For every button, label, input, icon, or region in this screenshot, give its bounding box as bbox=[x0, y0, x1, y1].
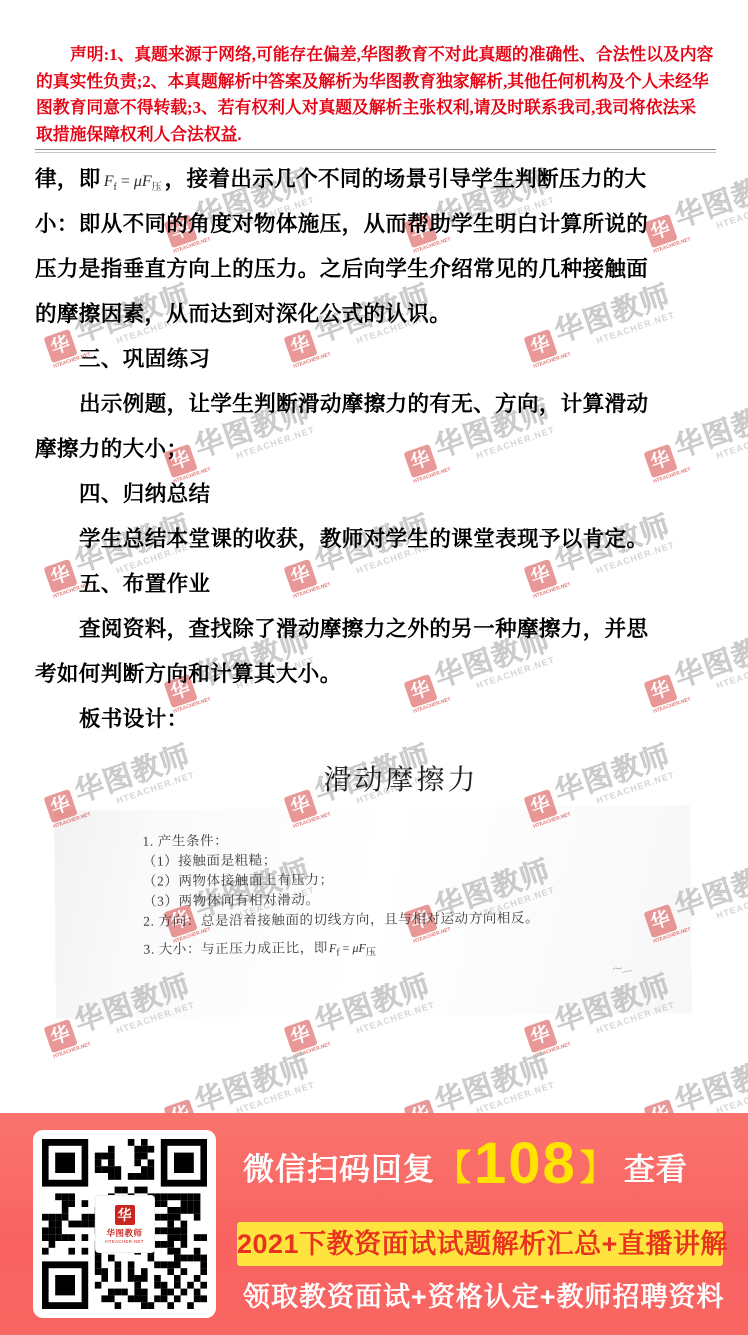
huatu-logo-url: HTEACHER.NET bbox=[53, 1041, 92, 1060]
watermark-brand-url: HTEACHER.NET bbox=[235, 1079, 318, 1116]
bracket-close: 】 bbox=[580, 1141, 615, 1191]
formula-subscript: 压 bbox=[366, 947, 376, 958]
formula-equals: = bbox=[117, 173, 134, 190]
disclaimer: 声明:1、真题来源于网络,可能存在偏差,华图教育不对此真题的准确性、合法性以及内… bbox=[36, 42, 720, 148]
watermark-brand-name: 华图教师 bbox=[188, 1043, 315, 1121]
qr-code: 华 华图教师 HTEACHER.NET bbox=[33, 1130, 216, 1318]
watermark-brand-url: HTEACHER.NET bbox=[715, 424, 748, 461]
section-heading: 四、归纳总结 bbox=[35, 472, 719, 517]
disclaimer-text: 1、真题来源于网络,可能存在偏差,华图教育不对此真题的准确性、合法性以及内容 bbox=[109, 45, 713, 64]
huatu-logo-char: 华 bbox=[48, 1023, 73, 1049]
body-text-segment: ，接着出示几个不同的场景引导学生判断压力的大 bbox=[165, 167, 647, 191]
scan-artifact: 〜- bbox=[406, 741, 420, 759]
disclaimer-line: 声明:1、真题来源于网络,可能存在偏差,华图教育不对此真题的准确性、合法性以及内… bbox=[36, 42, 720, 69]
watermark-brand-url: HTEACHER.NET bbox=[475, 1079, 558, 1116]
formula-mu: μF bbox=[352, 941, 365, 955]
formula-subscript: 压 bbox=[152, 182, 162, 193]
section-heading: 五、布置作业 bbox=[35, 562, 719, 607]
scan-artifact: 〜﹏ bbox=[611, 959, 632, 978]
bracket-open: 【 bbox=[436, 1141, 471, 1191]
huatu-logo-char: 华 bbox=[288, 1023, 313, 1049]
section-divider bbox=[35, 149, 716, 153]
disclaimer-line: 取措施保障权利人合法权益. bbox=[36, 122, 720, 149]
banner-highlight: 2021下教资面试试题解析汇总+直播讲解 bbox=[237, 1222, 723, 1266]
huatu-logo-icon: 华 HTEACHER.NET bbox=[523, 1019, 557, 1053]
huatu-logo-char: 华 bbox=[528, 1023, 553, 1049]
huatu-logo-icon: 华 bbox=[115, 1205, 135, 1225]
qr-brand-name: 华图教师 bbox=[106, 1227, 142, 1239]
promo-banner: 华 华图教师 HTEACHER.NET 微信扫码回复 【 108 】 查看 20… bbox=[0, 1113, 748, 1335]
watermark-brand-url: HTEACHER.NET bbox=[715, 884, 748, 921]
body-line: 学生总结本堂课的收获，教师对学生的课堂表现予以肯定。 bbox=[35, 517, 719, 562]
disclaimer-label: 声明: bbox=[70, 45, 109, 64]
banner-view-text: 查看 bbox=[624, 1144, 688, 1189]
qr-brand-url: HTEACHER.NET bbox=[105, 1239, 144, 1244]
body-line: 小：即从不同的角度对物体施压，从而帮助学生明白计算所说的 bbox=[35, 202, 719, 247]
document-page: 华 HTEACHER.NET 华图教师 HTEACHER.NET 华 HTEAC… bbox=[0, 0, 748, 1335]
watermark-brand-name: 华图教师 bbox=[428, 1043, 555, 1121]
huatu-logo-url: HTEACHER.NET bbox=[293, 1041, 332, 1060]
section-heading: 三、巩固练习 bbox=[35, 337, 719, 382]
banner-line3: 领取教资面试+资格认定+教师招聘资料 bbox=[243, 1275, 725, 1319]
huatu-logo-icon: 华 HTEACHER.NET bbox=[43, 1019, 77, 1053]
watermark-brand-url: HTEACHER.NET bbox=[715, 654, 748, 691]
disclaimer-line: 图教育同意不得转载;3、若有权利人对真题及解析主张权利,请及时联系我司,我司将依… bbox=[36, 95, 720, 122]
friction-formula: Ff = μF压 bbox=[328, 941, 377, 955]
body-line: 律，即Ff = μF压，接着出示几个不同的场景引导学生判断压力的大 bbox=[35, 157, 719, 202]
friction-formula: Ff = μF压 bbox=[101, 173, 165, 190]
board-line: 3. 大小：与正压力成正比，即Ff = μF压 bbox=[143, 936, 539, 965]
board-text-segment: 3. 大小：与正压力成正比，即 bbox=[143, 940, 328, 957]
formula-mu: μF bbox=[134, 173, 152, 190]
body-line: 查阅资料，查找除了滑动摩擦力之外的另一种摩擦力，并思 bbox=[35, 607, 719, 652]
banner-scan-text: 微信扫码回复 bbox=[243, 1144, 435, 1189]
huatu-logo-url: HTEACHER.NET bbox=[533, 1041, 572, 1060]
lesson-body: 律，即Ff = μF压，接着出示几个不同的场景引导学生判断压力的大 小：即从不同… bbox=[35, 157, 719, 742]
body-line: 摩擦力的大小； bbox=[35, 427, 719, 472]
body-line: 压力是指垂直方向上的压力。之后向学生介绍常见的几种接触面 bbox=[35, 247, 719, 292]
body-line: 的摩擦因素，从而达到对深化公式的认识。 bbox=[35, 292, 719, 337]
body-line: 考如何判断方向和计算其大小。 bbox=[35, 652, 719, 697]
board-line: 2. 方向：总是沿着接触面的切线方向，且与相对运动方向相反。 bbox=[143, 908, 539, 931]
board-title: 滑动摩擦力 bbox=[0, 758, 748, 798]
watermark-brand-url: HTEACHER.NET bbox=[715, 194, 748, 231]
watermark-brand-url: HTEACHER.NET bbox=[715, 1079, 748, 1116]
qr-center-logo: 华 华图教师 HTEACHER.NET bbox=[95, 1195, 155, 1253]
watermark-brand-name: 华图教师 bbox=[668, 1043, 748, 1121]
section-heading: 板书设计： bbox=[35, 697, 719, 742]
reply-code: 108 bbox=[474, 1135, 577, 1193]
board-notes: 1. 产生条件： （1）接触面是粗糙； （2）两物体接触面上有压力； （3）两物… bbox=[142, 828, 539, 965]
body-text-segment: 律，即 bbox=[35, 167, 101, 191]
formula-equals: = bbox=[340, 941, 353, 955]
disclaimer-line: 的真实性负责;2、本真题解析中答案及解析为华图教育独家解析,其他任何机构及个人未… bbox=[36, 69, 720, 96]
huatu-logo-icon: 华 HTEACHER.NET bbox=[283, 1019, 317, 1053]
body-line: 出示例题，让学生判断滑动摩擦力的有无、方向，计算滑动 bbox=[35, 382, 719, 427]
banner-line1: 微信扫码回复 【 108 】 查看 bbox=[243, 1135, 688, 1197]
formula-symbol: F bbox=[329, 941, 336, 955]
